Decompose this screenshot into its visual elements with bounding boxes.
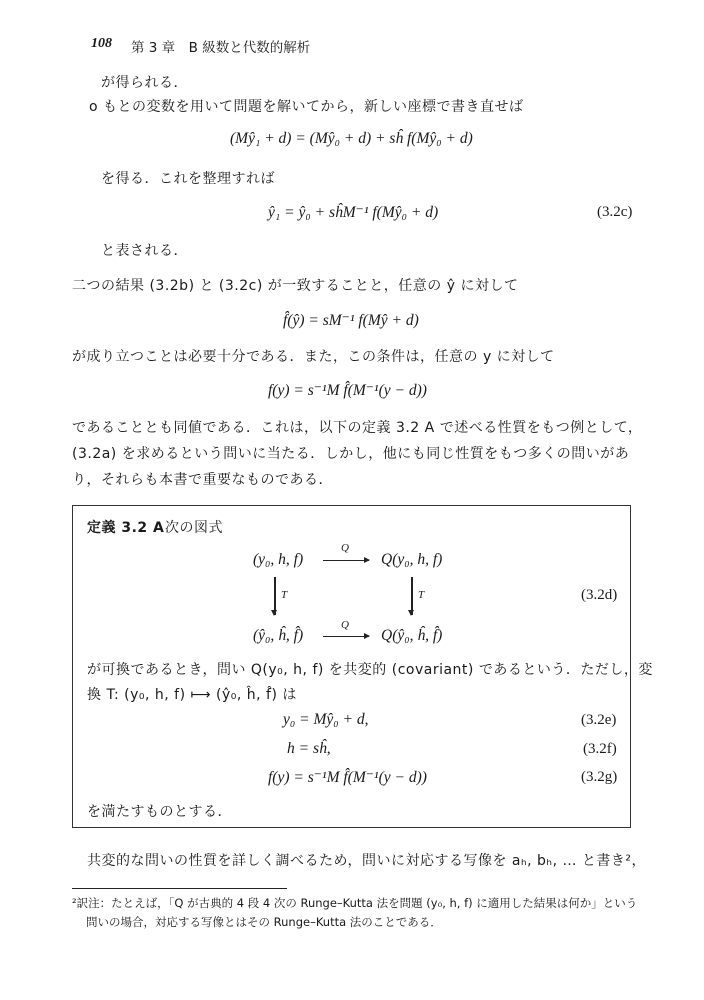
diagram-bottom-arrow-label: Q bbox=[341, 619, 349, 631]
definition-intro: 次の図式 bbox=[165, 517, 223, 537]
equation: (Mŷ₁ + d) = (Mŷ₀ + d) + sĥ f(Mŷ₀ + d) bbox=[230, 130, 473, 148]
footnote-line: ²訳注：たとえば，「Q が古典的 4 段 4 次の Runge–Kutta 法を… bbox=[72, 895, 637, 911]
diagram-bottom-left: (ŷ₀, ĥ, f̂) bbox=[253, 627, 303, 645]
diagram-left-arrow-label: T bbox=[281, 589, 287, 601]
equation-number: (3.2e) bbox=[581, 712, 616, 729]
diagram-top-left: (y₀, h, f) bbox=[253, 551, 303, 569]
page-number: 108 bbox=[91, 36, 112, 52]
down-arrow-icon bbox=[274, 577, 276, 615]
equation-3-2f: h = sĥ, bbox=[287, 740, 331, 758]
text-line: と表される． bbox=[101, 240, 188, 260]
equation-number: (3.2d) bbox=[581, 587, 617, 604]
equation: f̂(ŷ) = sM⁻¹ f(Mŷ + d) bbox=[283, 311, 419, 330]
definition-label: 定義 3.2 A bbox=[87, 517, 164, 537]
equation-3-2g: f(y) = s⁻¹M f̂(M⁻¹(y − d)) bbox=[268, 768, 427, 787]
footnote-line: 問いの場合，対応する写像とはその Runge–Kutta 法のことである． bbox=[86, 914, 442, 930]
equation-number: (3.2f) bbox=[583, 741, 617, 758]
diagram-right-arrow-label: T bbox=[418, 589, 424, 601]
paragraph: 共変的な問いの性質を詳しく調べるため，問いに対応する写像を aₕ, bₕ, … … bbox=[87, 850, 646, 870]
text-line: を得る．これを整理すれば bbox=[101, 168, 275, 188]
paragraph: が成り立つことは必要十分である．また，この条件は，任意の y に対して bbox=[72, 346, 555, 366]
diagram-top-right: Q(y₀, h, f) bbox=[381, 551, 442, 569]
equation-3-2c: ŷ₁ = ŷ₀ + sĥM⁻¹ f(Mŷ₀ + d) bbox=[268, 203, 438, 222]
diagram-top-arrow-label: Q bbox=[341, 542, 349, 554]
equation-number: (3.2c) bbox=[597, 204, 632, 221]
paragraph-line: り，それらも本書で重要なものである． bbox=[72, 469, 333, 489]
footnote-rule bbox=[72, 888, 287, 889]
paragraph: 二つの結果 (3.2b) と (3.2c) が一致することと，任意の ŷ に対し… bbox=[72, 275, 518, 295]
running-header: 第 3 章 B 級数と代数的解析 bbox=[131, 36, 310, 56]
right-arrow-icon bbox=[323, 636, 369, 637]
bullet-item: o もとの変数を用いて問題を解いてから，新しい座標で書き直せば bbox=[89, 96, 524, 116]
paragraph-line: (3.2a) を求めるという問いに当たる．しかし，他にも同じ性質をもつ多くの問い… bbox=[72, 443, 629, 463]
paragraph-line: であることとも同値である．これは，以下の定義 3.2 A で述べる性質をもつ例と… bbox=[72, 417, 642, 437]
definition-text: が可換であるとき，問い Q(y₀, h, f) を共変的 (covariant)… bbox=[87, 659, 653, 679]
right-arrow-icon bbox=[323, 560, 369, 561]
equation-number: (3.2g) bbox=[581, 769, 617, 786]
diagram-bottom-right: Q(ŷ₀, ĥ, f̂) bbox=[381, 627, 442, 645]
definition-closing: を満たすものとする． bbox=[87, 801, 232, 821]
definition-text: 換 T: (y₀, h, f) ⟼ (ŷ₀, ĥ, f̂) は bbox=[87, 684, 297, 704]
down-arrow-icon bbox=[411, 577, 413, 615]
equation-3-2e: y₀ = Mŷ₀ + d, bbox=[283, 711, 369, 729]
text-line: が得られる． bbox=[101, 72, 188, 92]
equation: f(y) = s⁻¹M f̂(M⁻¹(y − d)) bbox=[268, 381, 427, 400]
